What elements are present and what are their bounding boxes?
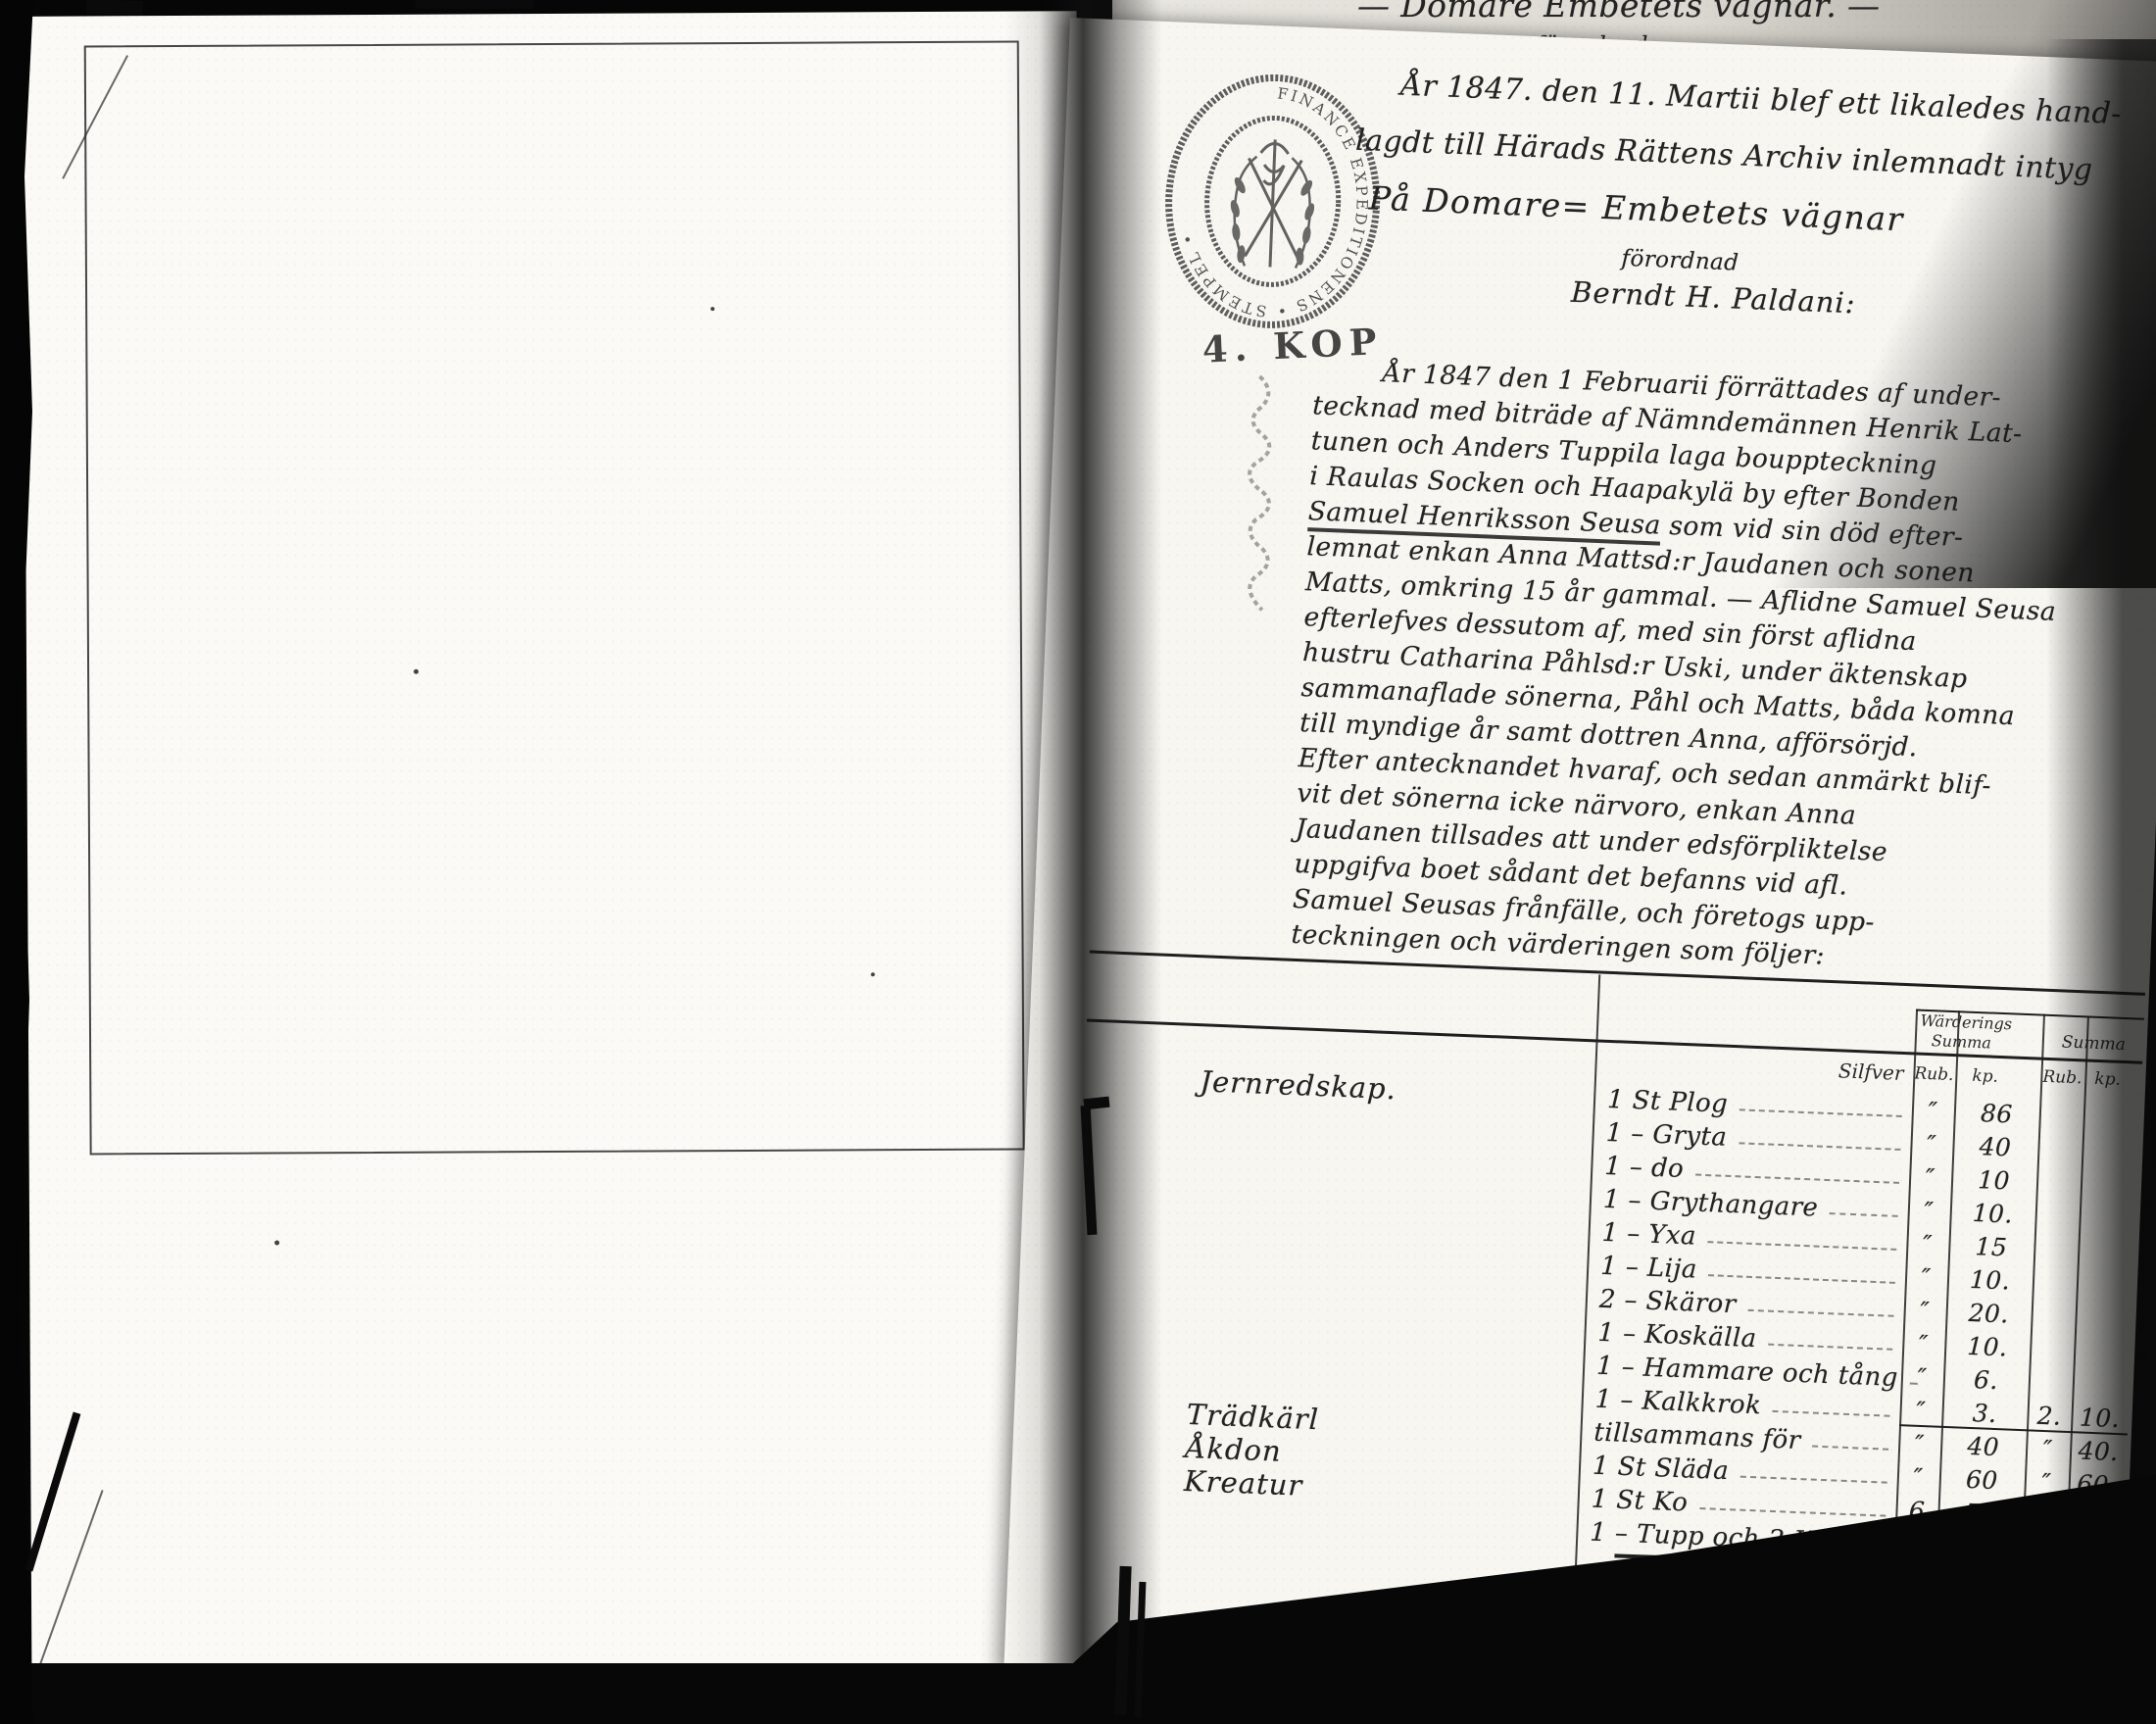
dotted-leader-line	[1812, 1446, 1888, 1451]
row-value-w-kp: 10.	[1949, 1198, 2035, 1231]
row-value-w-kp: 10	[1951, 1164, 2037, 1198]
row-value-w-kp: 15	[1948, 1231, 2034, 1264]
row-value-w-kp: 60	[1938, 1464, 2025, 1498]
row-value-w-rub: ″	[1911, 1096, 1954, 1128]
row-value-w-kp: 6.	[1942, 1364, 2029, 1398]
row-value-w-rub: ″	[1900, 1362, 1943, 1395]
top-edge-nick	[86, 0, 143, 16]
row-item-text: 1 – Yxa	[1601, 1218, 1696, 1252]
row-item-text: 1 – Koskälla	[1597, 1318, 1757, 1354]
row-item-text: 1 St Plog	[1607, 1085, 1729, 1119]
subheader-rub: Rub.	[1914, 1063, 1954, 1085]
table-rows: Jernredskap.1 St Plog″861 – Gryta″401 – …	[1066, 1059, 2140, 1568]
row-value-w-kp: 10.	[1946, 1264, 2033, 1298]
scanned-archive-page: { "document": { "back_sheet": { "top_lin…	[0, 0, 2156, 1724]
dotted-leader-line	[1699, 1507, 1886, 1517]
row-item-text: 2 – Skäror	[1598, 1285, 1737, 1320]
header-forordnad: förordnad	[1621, 246, 1739, 276]
dotted-leader-line	[1740, 1476, 1887, 1484]
row-value-w-rub: ″	[1898, 1429, 1941, 1461]
row-value-w-rub: ″	[1907, 1196, 1950, 1228]
top-edge-nick	[416, 0, 533, 9]
dotted-leader-line	[1773, 1410, 1890, 1417]
dotted-leader-line	[1768, 1344, 1892, 1351]
paper-speck	[871, 972, 875, 976]
row-value-w-rub: ″	[1904, 1262, 1947, 1295]
row-item-text: 1 St Släda	[1592, 1452, 1730, 1487]
row-value-w-rub: ″	[1896, 1462, 1939, 1495]
dotted-leader-line	[1747, 1309, 1893, 1317]
paper-speck	[414, 669, 418, 674]
row-value-w-kp: 20.	[1945, 1298, 2032, 1331]
dotted-leader-line	[1830, 1212, 1898, 1217]
left-page-border-frame	[84, 41, 1025, 1156]
paper-speck	[274, 1240, 279, 1245]
dotted-leader-line	[1739, 1108, 1902, 1117]
dotted-leader-line	[1695, 1174, 1899, 1184]
row-value-w-rub: ″	[1902, 1329, 1945, 1361]
book-gutter-shadow	[1004, 0, 1161, 1724]
dotted-leader-line	[1708, 1274, 1895, 1284]
row-value-w-kp: 86	[1953, 1098, 2039, 1131]
row-value-w-kp: 10.	[1944, 1331, 2031, 1364]
row-value-w-rub: ″	[1909, 1162, 1952, 1195]
row-item-text: 1 – do	[1604, 1152, 1685, 1184]
row-value-w-rub: ″	[1910, 1129, 1953, 1161]
row-value-w-kp: 40	[1952, 1131, 2038, 1164]
row-value-w-rub: ″	[1906, 1229, 1949, 1261]
right-edge-scan-shadow	[2046, 39, 2156, 1568]
row-value-w-rub: ″	[1903, 1296, 1946, 1328]
revenue-seal-stamp: FINANCE EXPEDITIONENS • STEMPEL •	[1155, 67, 1389, 336]
row-item-text: 1 – Gryta	[1605, 1118, 1728, 1153]
margin-stamp-scribble	[1211, 369, 1298, 618]
dotted-leader-line	[1708, 1241, 1897, 1251]
col-header-warderings-summa: Summa	[1931, 1031, 1991, 1052]
row-item-text: 1 – Lija	[1600, 1252, 1698, 1285]
left-blank-page	[24, 11, 1086, 1678]
row-item-text: 1 St Ko	[1591, 1485, 1689, 1518]
subheader-kp: kp.	[1972, 1066, 1998, 1087]
paper-speck	[710, 307, 714, 311]
col-header-warderings: Wärderings	[1920, 1011, 2012, 1034]
currency-note-silfver: Silfver	[1712, 1054, 1904, 1085]
dotted-leader-line	[1739, 1142, 1900, 1151]
row-value-w-rub: ″	[1899, 1396, 1942, 1428]
row-value-w-kp: 40	[1940, 1431, 2027, 1464]
